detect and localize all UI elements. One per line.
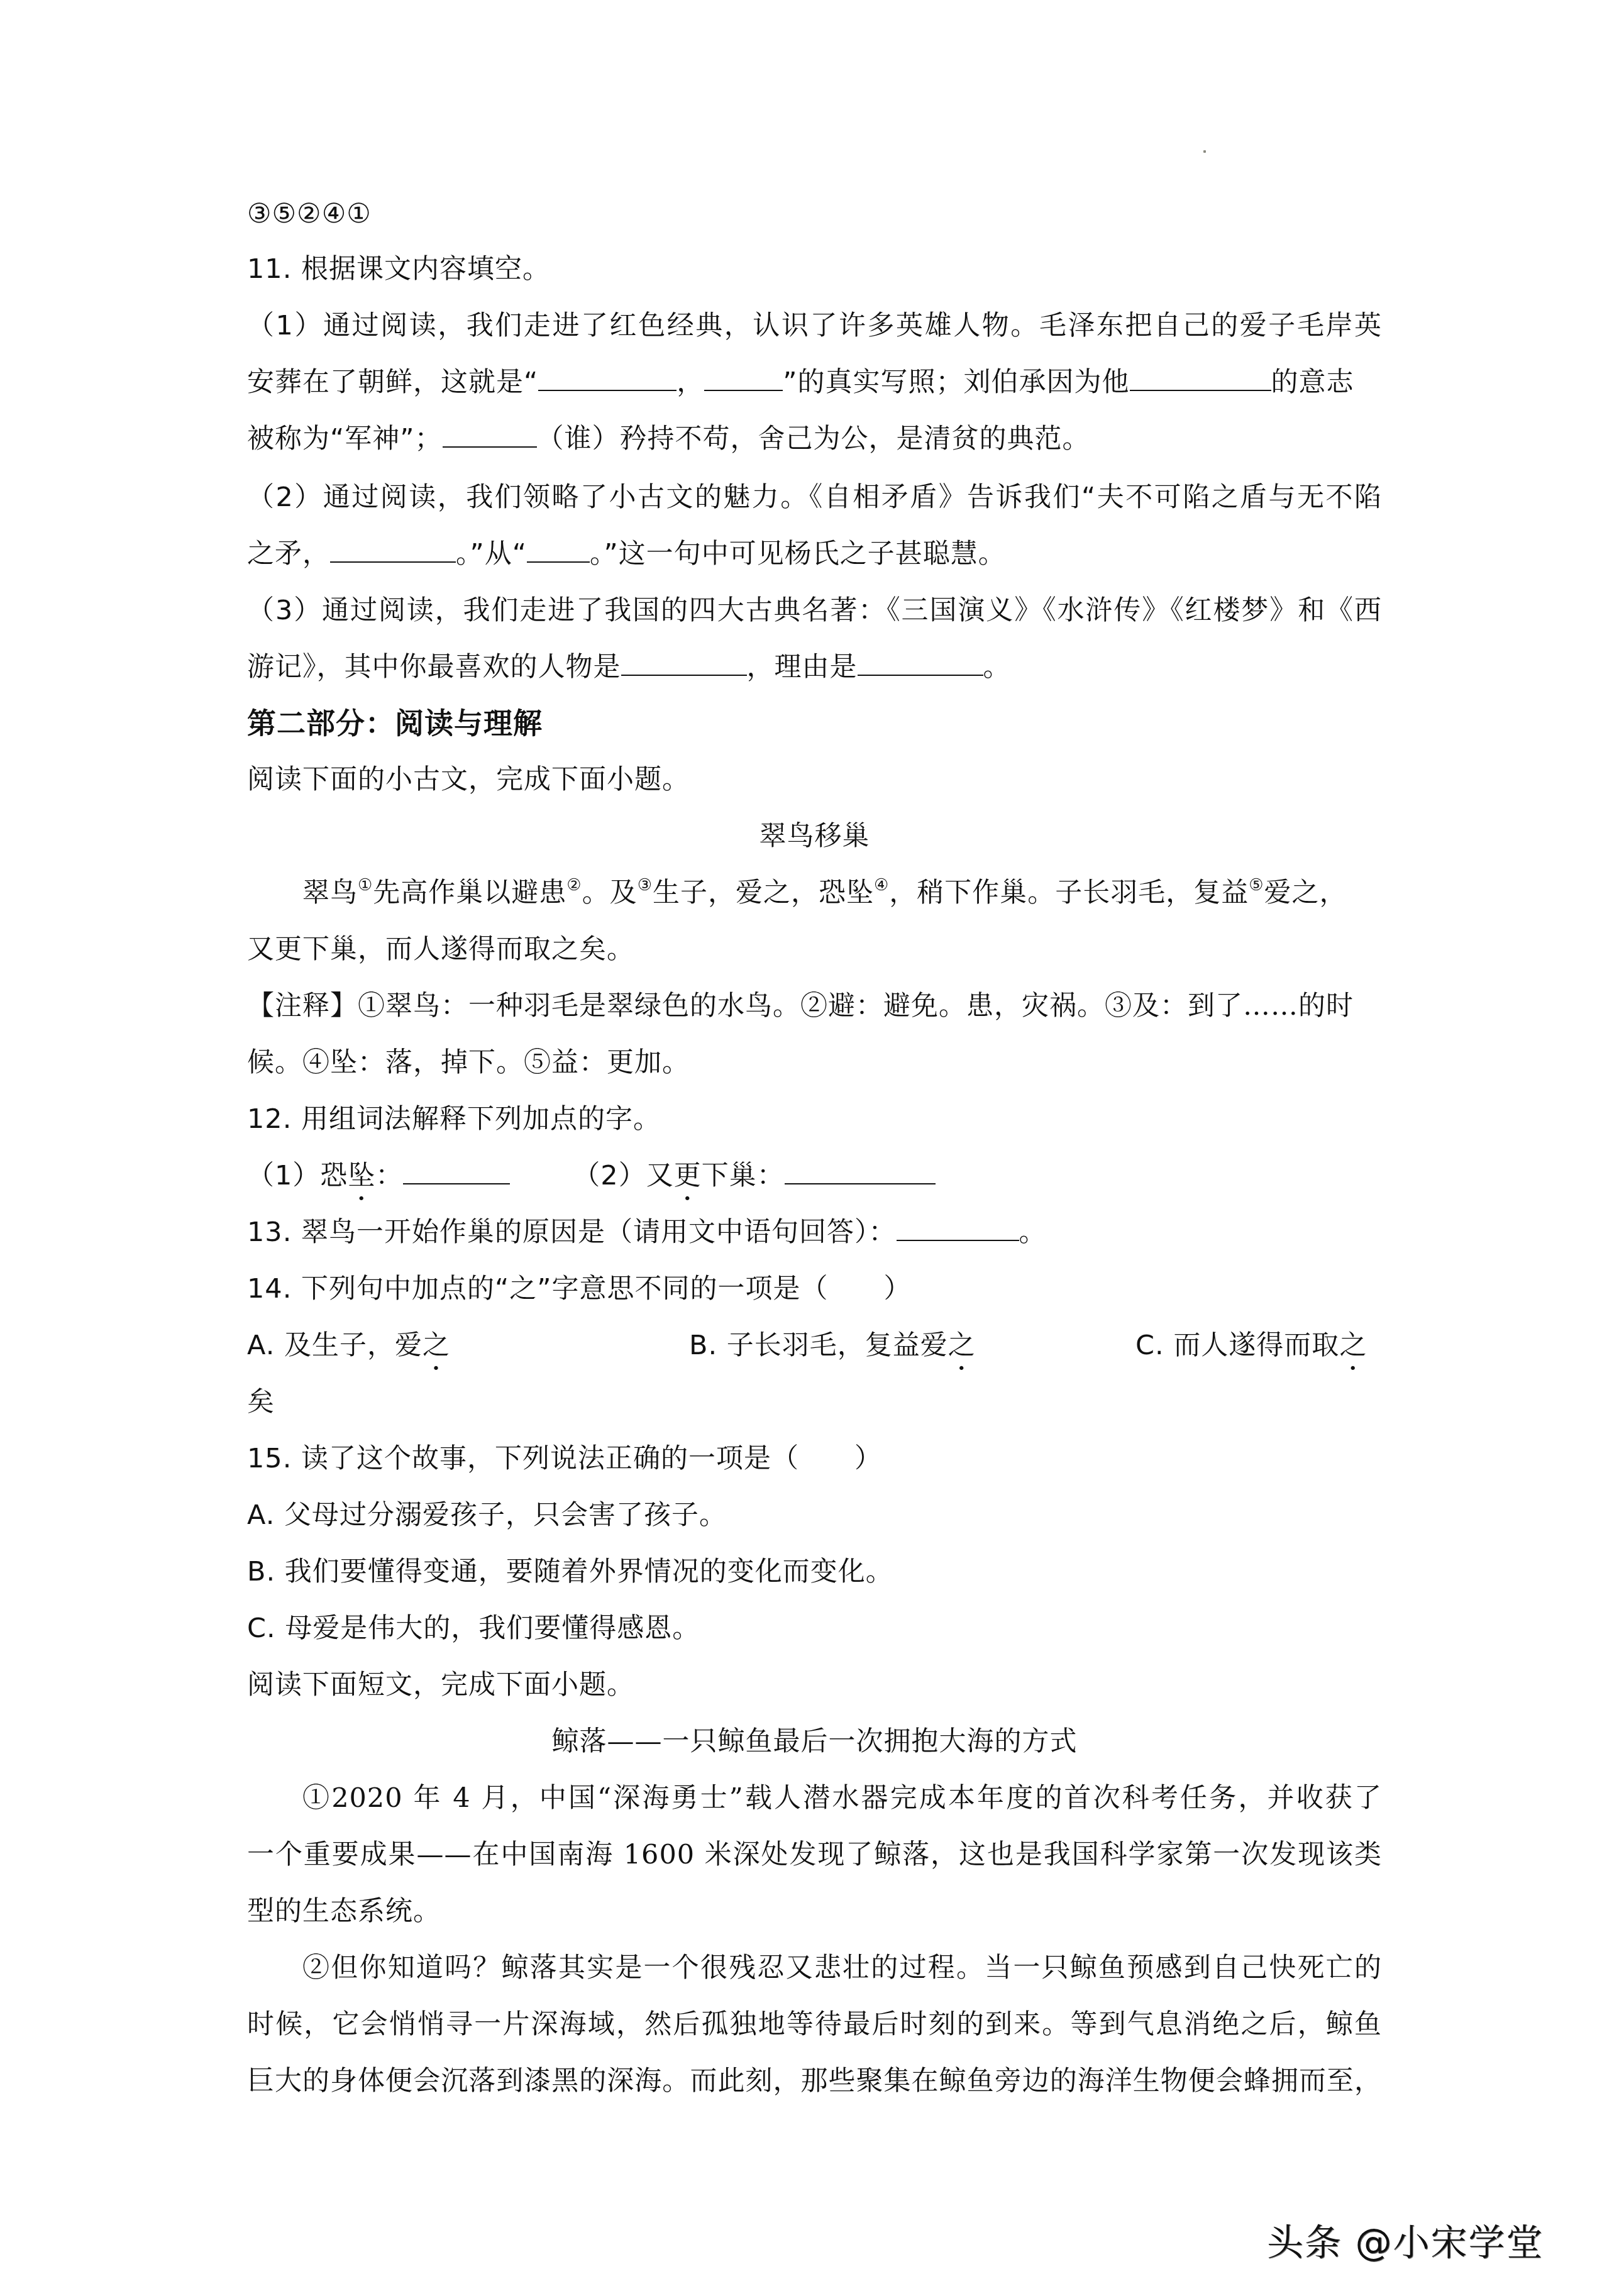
question-13-title: 13. 翠鸟一开始作巢的原因是（请用文中语句回答）：	[247, 1217, 897, 1248]
option-label: C.	[247, 1613, 276, 1644]
q14-option-b[interactable]: B. 子长羽毛，复益爱之	[689, 1328, 976, 1377]
option-text: 子长羽毛，复益爱	[727, 1330, 948, 1361]
answer-blank[interactable]	[621, 652, 747, 676]
q14-option-c-wrap: 矣	[247, 1384, 1382, 1420]
q15-option-a[interactable]: A. 父母过分溺爱孩子，只会害了孩子。	[247, 1498, 1382, 1533]
scan-speck	[1203, 150, 1206, 153]
option-label: C.	[1135, 1330, 1164, 1361]
q14-option-a[interactable]: A. 及生子，爱之	[247, 1328, 450, 1377]
option-text: 我们要懂得变通，要随着外界情况的变化而变化。	[285, 1556, 893, 1587]
q11-part2-line2: 之矛，。”从“。”这一句中可见杨氏之子甚聪慧。	[247, 536, 1382, 571]
option-text: 及生子，爱	[284, 1330, 423, 1361]
annotation-label: 【注释】	[247, 990, 358, 1022]
q11-part3-line1: （3）通过阅读，我们走进了我国的四大古典名著：《三国演义》《水浒传》《红楼梦》和…	[247, 593, 1382, 628]
annotation-line2: 候。④坠：落，掉下。⑤益：更加。	[247, 1045, 1382, 1080]
passage2-para1-line1: ①2020 年 4 月，中国“深海勇士”载人潜水器完成本年度的首次科考任务，并收…	[247, 1780, 1382, 1816]
annotation-line1: 【注释】①翠鸟：一种羽毛是翠绿色的水鸟。②避：避免。患，灾祸。③及：到了……的时	[247, 988, 1382, 1024]
option-label: A.	[247, 1499, 275, 1531]
q15-option-b[interactable]: B. 我们要懂得变通，要随着外界情况的变化而变化。	[247, 1554, 1382, 1589]
option-label: B.	[689, 1330, 717, 1361]
q11-part3-line2: 游记》，其中你最喜欢的人物是，理由是。	[247, 649, 1382, 685]
option-text: 母爱是伟大的，我们要懂得感恩。	[285, 1613, 700, 1644]
q14-option-c[interactable]: C. 而人遂得而取之	[1135, 1328, 1367, 1377]
answer-blank[interactable]	[897, 1217, 1019, 1241]
passage-text: 爱之，	[1264, 877, 1347, 908]
q11-p1-text-a: 安葬在了朝鲜，这就是“	[247, 367, 538, 398]
answer-blank[interactable]	[527, 539, 590, 563]
question-14-title: 14. 下列句中加点的“之”字意思不同的一项是（ ）	[247, 1271, 1382, 1306]
answer-blank[interactable]	[403, 1161, 510, 1184]
q11-p3-text-b: ，理由是	[747, 651, 858, 683]
passage2-para2-line1: ②但你知道吗？鲸落其实是一个很残忍又悲壮的过程。当一只鲸鱼预感到自己快死亡的	[247, 1950, 1382, 1985]
option-text: 而人遂得而取	[1173, 1330, 1339, 1361]
q11-p3-text-c: 。	[983, 651, 1011, 683]
passage2-para1-line3: 型的生态系统。	[247, 1894, 1382, 1929]
question-12-title: 12. 用组词法解释下列加点的字。	[247, 1101, 1382, 1137]
q11-p2-text-a: 之矛，	[247, 538, 330, 570]
q11-p1-text-c: ”的真实写照；刘伯承因为他	[783, 367, 1129, 398]
q11-part1-line3: 被称为“军神”；（谁）矜持不苟，舍己为公，是清贫的典范。	[247, 421, 1382, 456]
passage2-para2-line3: 巨大的身体便会沉落到漆黑的深海。而此刻，那些聚集在鲸鱼旁边的海洋生物便会蜂拥而至…	[247, 2063, 1382, 2099]
question-13: 13. 翠鸟一开始作巢的原因是（请用文中语句回答）：。	[247, 1215, 1382, 1250]
q12-item1-label: （1）恐	[247, 1160, 348, 1191]
q11-part2-line1: （2）通过阅读，我们领略了小古文的魅力。《自相矛盾》告诉我们“夫不可陷之盾与无不…	[247, 480, 1382, 515]
answer-blank[interactable]	[858, 652, 983, 676]
passage1-line2: 又更下巢，而人遂得而取之矣。	[247, 932, 1382, 967]
passage-title: 翠鸟移巢	[247, 819, 1382, 854]
option-label: B.	[247, 1556, 275, 1587]
question-15-title: 15. 读了这个故事，下列说法正确的一项是（ ）	[247, 1441, 1382, 1476]
passage2-para2-line2: 时候，它会悄悄寻一片深海域，然后孤独地等待最后时刻的到来。等到气息消绝之后，鲸鱼	[247, 2007, 1382, 2042]
footnote-ref: ①	[358, 876, 373, 895]
option-text: 父母过分溺爱孩子，只会害了孩子。	[284, 1499, 727, 1531]
passage-text: ，稍下作巢。子长羽毛，复益	[889, 877, 1249, 908]
q11-part1-line1: （1）通过阅读，我们走进了红色经典，认识了许多英雄人物。毛泽东把自己的爱子毛岸英	[247, 308, 1382, 343]
footnote-ref: ⑤	[1249, 876, 1264, 895]
option-label: A.	[247, 1330, 275, 1361]
passage1-line1: 翠鸟①先高作巢以避患②。及③生子，爱之，恐坠④，稍下作巢。子长羽毛，复益⑤爱之，	[247, 875, 1382, 910]
passage-text: 。及	[582, 877, 638, 908]
passage-text: 翠鸟	[302, 877, 358, 908]
dotted-char: 之	[423, 1330, 450, 1361]
passage-text: 生子，爱之，恐坠	[653, 877, 874, 908]
dotted-char: 更	[674, 1160, 702, 1191]
section-heading: 第二部分：阅读与理解	[247, 705, 1382, 741]
passage-text: 先高作巢以避患	[373, 877, 566, 908]
reading-intro-2: 阅读下面短文，完成下面小题。	[247, 1667, 1382, 1703]
answer-blank[interactable]	[1130, 367, 1271, 391]
passage2-para1-line2: 一个重要成果——在中国南海 1600 米深处发现了鲸落，这也是我国科学家第一次发…	[247, 1837, 1382, 1872]
q11-p2-text-b: 。”从“	[456, 538, 527, 570]
q11-part1-line2: 安葬在了朝鲜，这就是“，”的真实写照；刘伯承因为他的意志	[247, 365, 1382, 400]
annotation-text: ①翠鸟：一种羽毛是翠绿色的水鸟。②避：避免。患，灾祸。③及：到了……的时	[358, 990, 1354, 1022]
footnote-ref: ④	[874, 876, 889, 895]
answer-blank[interactable]	[785, 1161, 936, 1184]
reading-intro: 阅读下面的小古文，完成下面小题。	[247, 762, 1382, 797]
dotted-char: 之	[948, 1330, 976, 1361]
dotted-char: 坠	[348, 1160, 375, 1191]
answer-blank[interactable]	[704, 367, 783, 391]
previous-answer-sequence: ③⑤②④①	[247, 196, 1382, 231]
answer-blank[interactable]	[443, 424, 537, 448]
q11-p1-text-b: ，	[677, 367, 704, 398]
question-12-items: （1）恐坠：（2）又更下巢：	[247, 1158, 1382, 1207]
dotted-char: 之	[1339, 1330, 1367, 1361]
footnote-ref: ②	[566, 876, 582, 895]
q12-item1-colon: ：	[375, 1160, 403, 1191]
q11-p2-text-c: 。”这一句中可见杨氏之子甚聪慧。	[590, 538, 1006, 570]
period: 。	[1019, 1217, 1047, 1248]
q11-p1-text-f: （谁）矜持不苟，舍己为公，是清贫的典范。	[537, 423, 1090, 455]
exam-page: ③⑤②④① 11. 根据课文内容填空。 （1）通过阅读，我们走进了红色经典，认识…	[0, 0, 1624, 2296]
q11-p1-text-d: 的意志	[1271, 367, 1354, 398]
answer-blank[interactable]	[538, 367, 677, 391]
answer-blank[interactable]	[330, 539, 456, 563]
passage2-title: 鲸落——一只鲸鱼最后一次拥抱大海的方式	[247, 1724, 1382, 1759]
question-11-title: 11. 根据课文内容填空。	[247, 251, 1382, 287]
q12-item2-colon: 下巢：	[702, 1160, 785, 1191]
q11-p3-text-a: 游记》，其中你最喜欢的人物是	[247, 651, 621, 683]
q12-item2-label: （2）又	[573, 1160, 673, 1191]
q15-option-c[interactable]: C. 母爱是伟大的，我们要懂得感恩。	[247, 1611, 1382, 1646]
q11-p1-text-e: 被称为“军神”；	[247, 423, 443, 455]
watermark: 头条 @小宋学堂	[1267, 2213, 1544, 2266]
question-14-options: A. 及生子，爱之 B. 子长羽毛，复益爱之 C. 而人遂得而取之	[247, 1328, 1382, 1363]
footnote-ref: ③	[638, 876, 653, 895]
